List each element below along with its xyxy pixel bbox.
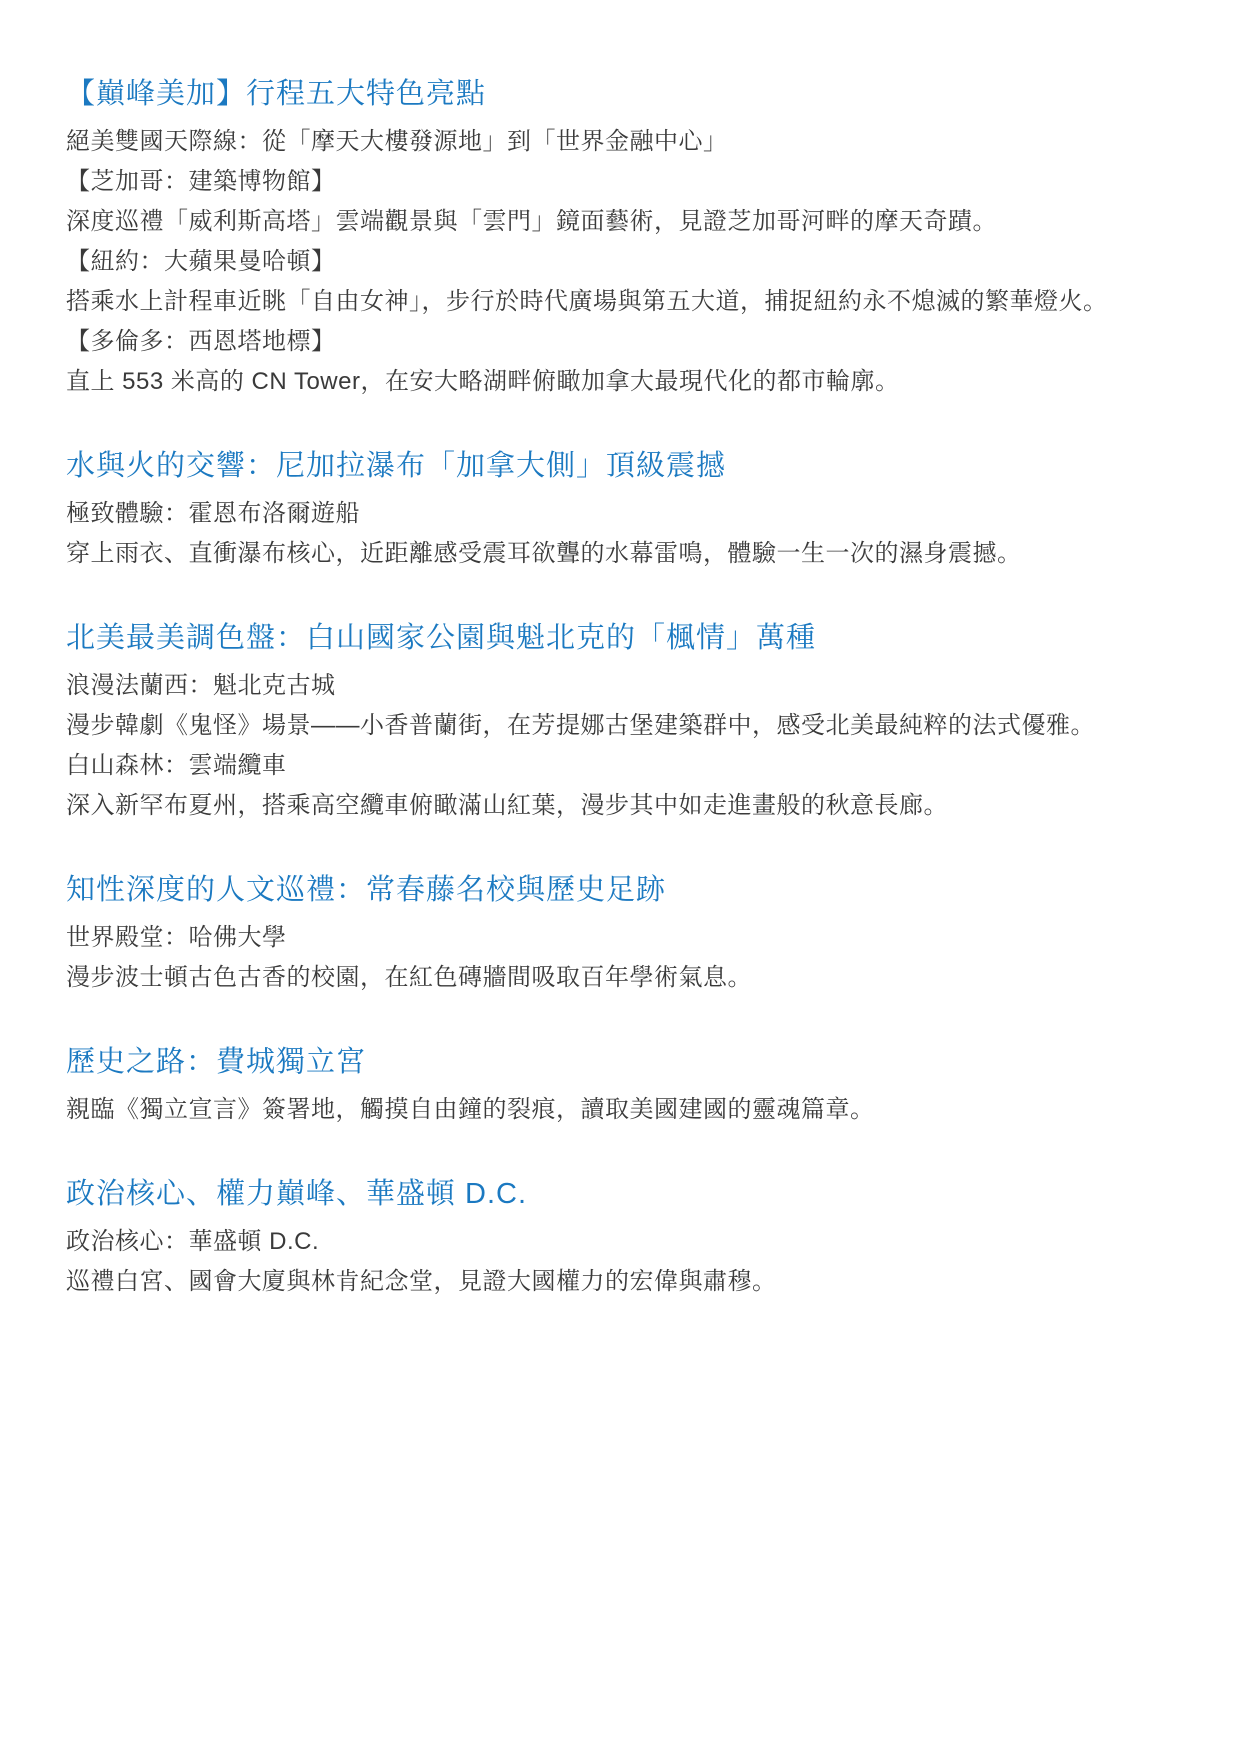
section-heading: 北美最美調色盤：白山國家公園與魁北克的「楓情」萬種 (66, 616, 1185, 660)
body-line: 【多倫多：西恩塔地標】 (66, 322, 1185, 362)
body-line: 【紐約：大蘋果曼哈頓】 (66, 242, 1185, 282)
body-line: 浪漫法蘭西：魁北克古城 (66, 666, 1185, 706)
body-line: 【芝加哥：建築博物館】 (66, 162, 1185, 202)
section-niagara-falls: 水與火的交響：尼加拉瀑布「加拿大側」頂級震撼 極致體驗：霍恩布洛爾遊船 穿上雨衣… (66, 444, 1185, 574)
section-heading: 知性深度的人文巡禮：常春藤名校與歷史足跡 (66, 868, 1185, 912)
section-washington-dc: 政治核心、權力巔峰、華盛頓 D.C. 政治核心：華盛頓 D.C. 巡禮白宮、國會… (66, 1172, 1185, 1302)
body-line: 搭乘水上計程車近眺「自由女神」，步行於時代廣場與第五大道，捕捉紐約永不熄滅的繁華… (66, 282, 1185, 322)
section-white-mountain-quebec: 北美最美調色盤：白山國家公園與魁北克的「楓情」萬種 浪漫法蘭西：魁北克古城 漫步… (66, 616, 1185, 826)
section-heading: 歷史之路：費城獨立宮 (66, 1040, 1185, 1084)
body-line: 世界殿堂：哈佛大學 (66, 918, 1185, 958)
body-line: 絕美雙國天際線：從「摩天大樓發源地」到「世界金融中心」 (66, 122, 1185, 162)
section-philadelphia: 歷史之路：費城獨立宮 親臨《獨立宣言》簽署地，觸摸自由鐘的裂痕，讀取美國建國的靈… (66, 1040, 1185, 1130)
section-heading: 【巔峰美加】行程五大特色亮點 (66, 72, 1185, 116)
document-page: 【巔峰美加】行程五大特色亮點 絕美雙國天際線：從「摩天大樓發源地」到「世界金融中… (0, 0, 1241, 1755)
body-line: 巡禮白宮、國會大廈與林肯紀念堂，見證大國權力的宏偉與肅穆。 (66, 1262, 1185, 1302)
body-line: 穿上雨衣、直衝瀑布核心，近距離感受震耳欲聾的水幕雷鳴，體驗一生一次的濕身震撼。 (66, 534, 1185, 574)
body-line: 漫步波士頓古色古香的校園，在紅色磚牆間吸取百年學術氣息。 (66, 958, 1185, 998)
section-heading: 水與火的交響：尼加拉瀑布「加拿大側」頂級震撼 (66, 444, 1185, 488)
section-tour-highlights: 【巔峰美加】行程五大特色亮點 絕美雙國天際線：從「摩天大樓發源地」到「世界金融中… (66, 72, 1185, 402)
section-heading: 政治核心、權力巔峰、華盛頓 D.C. (66, 1172, 1185, 1216)
body-line: 深度巡禮「威利斯高塔」雲端觀景與「雲門」鏡面藝術，見證芝加哥河畔的摩天奇蹟。 (66, 202, 1185, 242)
body-line: 直上 553 米高的 CN Tower，在安大略湖畔俯瞰加拿大最現代化的都市輪廓… (66, 362, 1185, 402)
body-line: 深入新罕布夏州，搭乘高空纜車俯瞰滿山紅葉，漫步其中如走進畫般的秋意長廊。 (66, 786, 1185, 826)
body-line: 政治核心：華盛頓 D.C. (66, 1222, 1185, 1262)
body-line: 親臨《獨立宣言》簽署地，觸摸自由鐘的裂痕，讀取美國建國的靈魂篇章。 (66, 1090, 1185, 1130)
body-line: 漫步韓劇《鬼怪》場景——小香普蘭街，在芳提娜古堡建築群中，感受北美最純粹的法式優… (66, 706, 1185, 746)
body-line: 白山森林：雲端纜車 (66, 746, 1185, 786)
section-ivy-league: 知性深度的人文巡禮：常春藤名校與歷史足跡 世界殿堂：哈佛大學 漫步波士頓古色古香… (66, 868, 1185, 998)
body-line: 極致體驗：霍恩布洛爾遊船 (66, 494, 1185, 534)
